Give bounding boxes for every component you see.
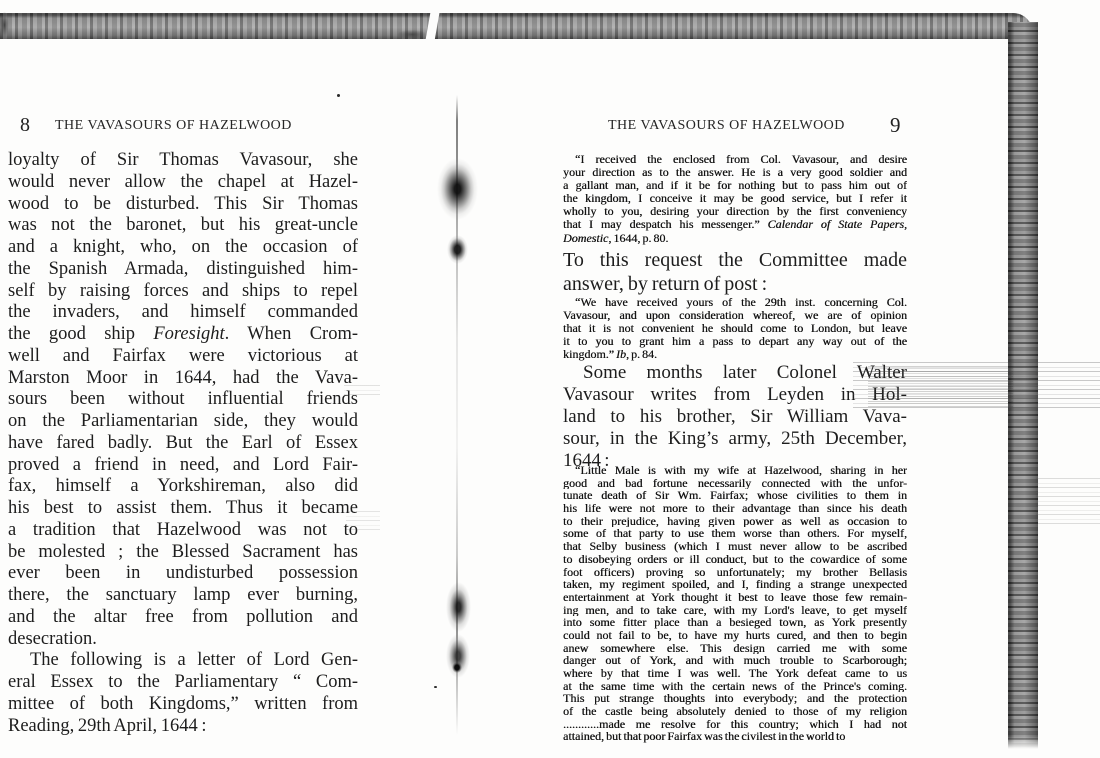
text-line: his best to assist them. Thus it became [8,498,358,520]
text-line: the invaders, and himself commanded [8,302,358,324]
text-line: a tradition that Hazelwood was not to [8,520,358,542]
text-line: danger out of York, and with much troubl… [563,654,907,667]
text-line: and the altar free from pollution and [8,607,358,629]
right-running-title: THE VAVASOURS OF HAZELWOOD [608,118,845,134]
left-page: 8 THE VAVASOURS OF HAZELWOOD loyalty of … [8,114,358,746]
text-line: Marston Moor in 1644, had the Vava- [8,368,358,390]
text-line: taken, my regiment spoiled, and I, findi… [563,578,907,591]
scan-top-edge [0,13,1033,39]
right-paragraph-walter-vavasour: Some months later Colonel WalterVavasour… [563,362,907,472]
text-line: there, the sanctuary lamp ever burning, [8,585,358,607]
text-line: be molested ; the Blessed Sacrament has [8,542,358,564]
text-line: the kingdom, I conceive it may be good s… [563,192,907,205]
text-line: Vavasour writes from Leyden in Hol- [563,384,907,406]
text-line: that I may despatch his messenger.” Cale… [563,218,907,231]
text-line: Vavasour, and upon consideration whereof… [563,309,907,322]
text-line: “I received the enclosed from Col. Vavas… [563,153,907,166]
text-line: on the Parliamentarian side, they would [8,411,358,433]
scan-streaks-right-lower [1036,478,1100,526]
text-line: ing men, and to take care, with my Lord'… [563,604,907,617]
ink-blot-1 [437,158,478,220]
text-line: attained, but that poor Fairfax was the … [563,730,907,743]
right-page-number: 9 [890,113,901,138]
text-line: that it is not convenient he should come… [563,322,907,335]
text-line: where by that time I was well. The York … [563,667,907,680]
text-line: well and Fairfax were victorious at [8,346,358,368]
left-running-title: THE VAVASOURS OF HAZELWOOD [55,118,292,134]
text-line: and a knight, who, on the occasion of [8,237,358,259]
ink-blot-3 [446,582,471,632]
right-running-head: THE VAVASOURS OF HAZELWOOD 9 [563,114,907,138]
text-line: desecration. [8,629,358,651]
text-line: have fared badly. But the Earl of Essex [8,433,358,455]
text-line: the good ship Foresight. When Crom- [8,324,358,346]
text-line: To this request the Committee made [563,248,907,272]
right-page: THE VAVASOURS OF HAZELWOOD 9 “I received… [563,114,907,754]
text-line: wholly to you, desiring your direction b… [563,205,907,218]
text-line: good and bad fortune necessarily connect… [563,477,907,490]
text-line: kingdom.” Ib, p. 84. [563,348,907,361]
text-line: it to you to grant him a pass to depart … [563,335,907,348]
text-line: at the same time with the certain news o… [563,680,907,693]
text-line: “Little Male is with my wife at Hazelwoo… [563,464,907,477]
text-line: self by raising forces and ships to repe… [8,281,358,303]
text-line: to their prejudice, having given power a… [563,515,907,528]
text-line: to disobeying orders or ill conduct, but… [563,553,907,566]
text-line: his life were not more to their advantag… [563,502,907,515]
text-line: land to his brother, Sir William Vava- [563,406,907,428]
book-scan: 8 THE VAVASOURS OF HAZELWOOD loyalty of … [0,0,1100,758]
right-quote-committee-answer: “We have received yours of the 29th inst… [563,296,907,361]
text-line: into some fitter place than a besieged t… [563,616,907,629]
left-running-head: 8 THE VAVASOURS OF HAZELWOOD [8,114,358,138]
right-paragraph-committee: To this request the Committee madeanswer… [563,248,907,296]
text-line: the Spanish Armada, distinguished him- [8,259,358,281]
left-page-number: 8 [20,114,30,137]
ink-dot [452,662,462,673]
ink-blot-2 [447,235,468,264]
text-line: sour, in the King’s army, 25th December, [563,428,907,450]
text-line: of the castle being absolutely denied to… [563,705,907,718]
text-line: foot officers) proving so unfortunately;… [563,566,907,579]
text-line: your direction as to the answer. He is a… [563,166,907,179]
ink-speck-1 [337,94,340,97]
text-line: Reading, 29th April, 1644 : [8,716,358,738]
text-line: “We have received yours of the 29th inst… [563,296,907,309]
text-line: sours been without influential friends [8,389,358,411]
text-line: The following is a letter of Lord Gen- [8,650,358,672]
scan-right-edge [1008,22,1038,752]
text-line: some of that party to use them worse tha… [563,527,907,540]
ink-speck-2 [434,686,437,688]
text-line: eral Essex to the Parliamentary “ Com- [8,672,358,694]
left-body-text: loyalty of Sir Thomas Vavasour, shewould… [8,150,358,737]
right-quote-walter-letter: “Little Male is with my wife at Hazelwoo… [563,464,907,743]
text-line: loyalty of Sir Thomas Vavasour, she [8,150,358,172]
scan-corner-smudge [0,10,9,40]
text-line: mittee of both Kingdoms,” written from [8,694,358,716]
text-line: Domestic, 1644, p. 80. [563,232,907,245]
text-line: ever been in undisturbed possession [8,563,358,585]
scan-top-edge-smudge [392,28,432,41]
text-line: tunate death of Sir Wm. Fairfax; whose c… [563,489,907,502]
text-line: Some months later Colonel Walter [563,362,907,384]
text-line: a gallant man, and if it be for nothing … [563,179,907,192]
text-line: wood to be disturbed. This Sir Thomas [8,194,358,216]
text-line: anew somewhere else. This design carried… [563,642,907,655]
text-line: proved a friend in need, and Lord Fair- [8,455,358,477]
text-line: was not the baronet, but his great-uncle [8,215,358,237]
text-line: could not fail to be, to have my hurts c… [563,629,907,642]
text-line: This put strange thoughts into everybody… [563,692,907,705]
text-line: answer, by return of post : [563,272,907,296]
right-quote-essex-letter: “I received the enclosed from Col. Vavas… [563,153,907,245]
text-line: ............made me resolve for this cou… [563,718,907,731]
text-line: would never allow the chapel at Hazel- [8,172,358,194]
text-line: that Selby business (which I must never … [563,540,907,553]
text-line: entertainment at York thought it best to… [563,591,907,604]
text-line: fax, himself a Yorkshireman, also did [8,476,358,498]
